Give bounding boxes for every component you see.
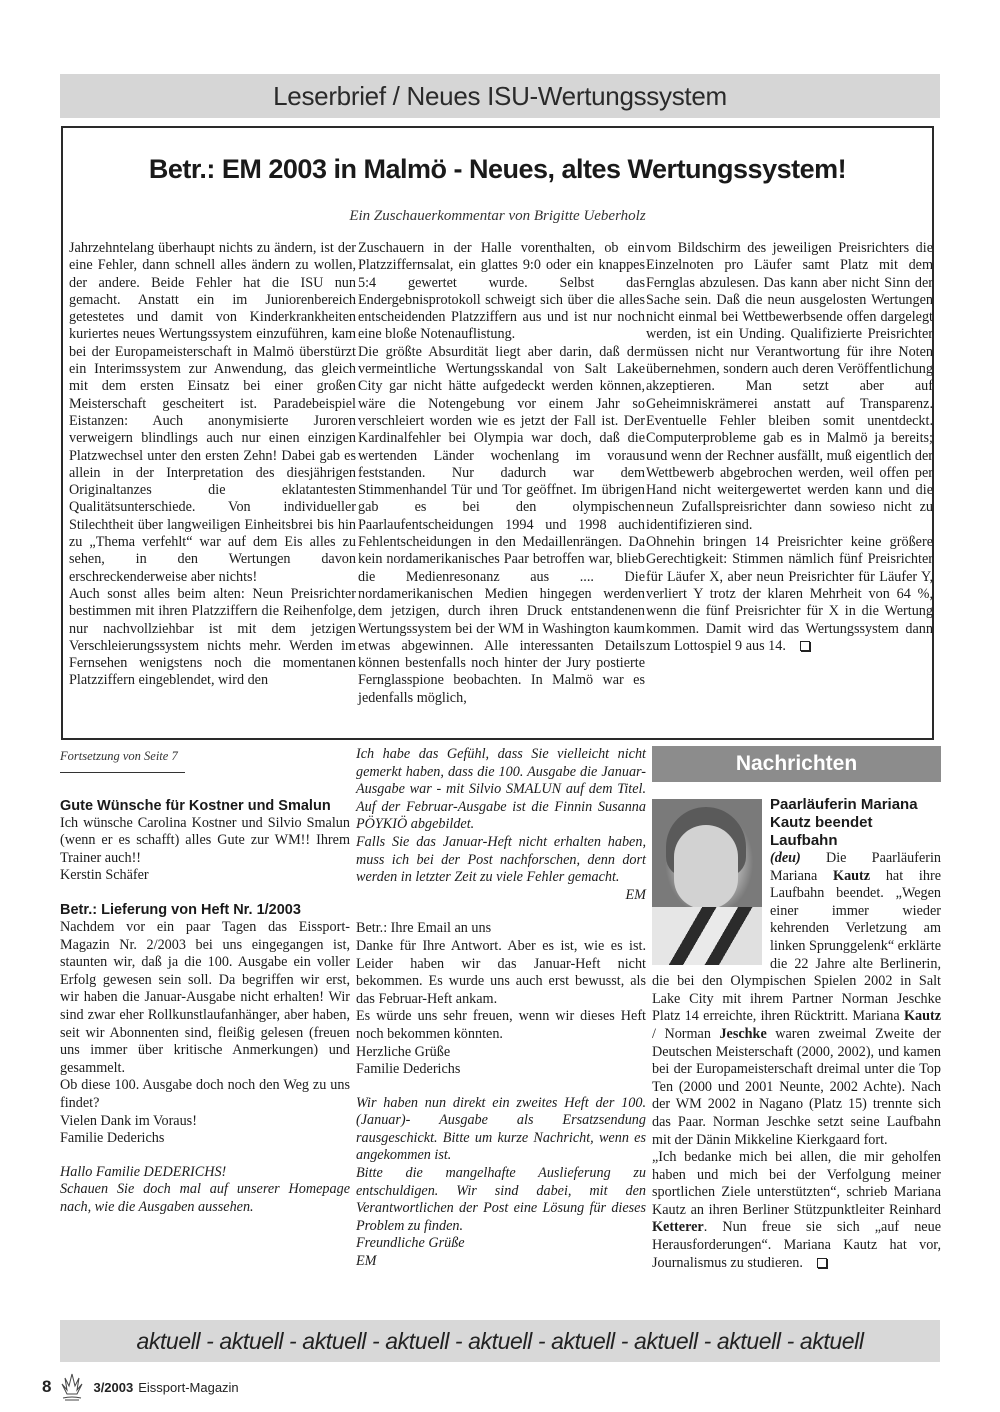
- letter-signature: Familie Dederichs: [60, 1130, 350, 1148]
- news-source: (deu): [770, 850, 801, 866]
- letter-body: Nachdem vor ein paar Tagen das Eissport-…: [60, 919, 350, 1077]
- letter-closing: Herzliche Grüße: [356, 1044, 646, 1062]
- article-paragraph: Auch sonst alles beim alten: Neun Preisr…: [69, 586, 356, 690]
- letter-heading: Gute Wünsche für Kostner und Smalun: [60, 797, 350, 815]
- page-footer: 8 3/2003 Eissport-Magazin: [42, 1372, 239, 1402]
- page-number: 8: [42, 1377, 51, 1397]
- letter-body: Es würde uns sehr freuen, wenn wir diese…: [356, 1008, 646, 1043]
- article-frame: Betr.: EM 2003 in Malmö - Neues, altes W…: [61, 126, 934, 740]
- letters-column-2: Ich habe das Gefühl, dass Sie vielleicht…: [356, 746, 646, 1271]
- letter-signature: Familie Dederichs: [356, 1061, 646, 1079]
- reply-greeting: Hallo Familie DEDERICHS!: [60, 1164, 350, 1182]
- news-column: Nachrichten Paarläuferin Mariana Kautz b…: [652, 746, 941, 1272]
- photo-face: [674, 825, 738, 909]
- letter-kostner-smalun: Gute Wünsche für Kostner und Smalun Ich …: [60, 797, 350, 885]
- article-column-3: vom Bildschirm des jeweiligen Preisricht…: [646, 240, 933, 655]
- article-column-2: Zuschauern in der Halle vorenthalten, ob…: [358, 240, 645, 707]
- reply-signature: EM: [356, 887, 646, 905]
- article-paragraph: Zuschauern in der Halle vorenthalten, ob…: [358, 240, 645, 344]
- reply-body: Ich habe das Gefühl, dass Sie vielleicht…: [356, 746, 646, 834]
- end-of-article-icon: [800, 641, 810, 651]
- article-paragraph: Die größte Absurdität liegt aber darin, …: [358, 344, 645, 707]
- continuation-note: Fortsetzung von Seite 7: [60, 748, 350, 772]
- section-banner: Leserbrief / Neues ISU-Wertungssystem: [60, 74, 940, 118]
- news-bold-name: Ketterer: [652, 1219, 704, 1235]
- article-byline: Ein Zuschauerkommentar von Brigitte Uebe…: [63, 208, 932, 225]
- letters-column-1: Fortsetzung von Seite 7 Gute Wünsche für…: [60, 748, 350, 1216]
- article-paragraph: vom Bildschirm des jeweiligen Preisricht…: [646, 240, 933, 534]
- article-title: Betr.: EM 2003 in Malmö - Neues, altes W…: [63, 154, 932, 185]
- end-of-article-icon: [817, 1258, 827, 1268]
- news-bold-name: Kautz: [833, 868, 870, 884]
- letter-body: Danke für Ihre Antwort. Aber es ist, wie…: [356, 938, 646, 1008]
- letter-heading: Betr.: Lieferung von Heft Nr. 1/2003: [60, 901, 350, 919]
- news-text: waren zweimal Zweite der Deutschen Meist…: [652, 1026, 941, 1148]
- letter-ihre-email: Betr.: Ihre Email an uns Danke für Ihre …: [356, 920, 646, 1078]
- reply-body: Falls Sie das Januar-Heft nicht erhalten…: [356, 834, 646, 887]
- letter-body: Ob diese 100. Ausgabe doch noch den Weg …: [60, 1077, 350, 1112]
- reply-signature: EM: [356, 1253, 646, 1271]
- news-text: / Norman: [652, 1026, 719, 1042]
- news-banner: Nachrichten: [652, 746, 941, 782]
- letter-heft-lieferung: Betr.: Lieferung von Heft Nr. 1/2003 Nac…: [60, 901, 350, 1148]
- editor-reply-2: Wir haben nun direkt ein zweites Heft de…: [356, 1095, 646, 1271]
- skater-logo-icon: [59, 1372, 85, 1402]
- reply-body: Wir haben nun direkt ein zweites Heft de…: [356, 1095, 646, 1165]
- photo-collar: [652, 907, 762, 965]
- news-bold-name: Kautz: [904, 1008, 941, 1024]
- divider: [60, 772, 185, 773]
- letter-closing: Vielen Dank im Voraus!: [60, 1113, 350, 1131]
- magazine-name: Eissport-Magazin: [138, 1380, 238, 1395]
- issue-number: 3/2003: [93, 1380, 133, 1395]
- article-paragraph-text: Ohnehin bringen 14 Preisrichter keine gr…: [646, 534, 933, 654]
- letter-body: Ich wünsche Carolina Kostner und Silvio …: [60, 815, 350, 868]
- letter-subject: Betr.: Ihre Email an uns: [356, 920, 646, 938]
- news-bold-name: Jeschke: [719, 1026, 766, 1042]
- editor-reply-1-continued: Ich habe das Gefühl, dass Sie vielleicht…: [356, 746, 646, 904]
- reply-body: Bitte die mangelhafte Auslieferung zu en…: [356, 1165, 646, 1235]
- reply-closing: Freundliche Grüße: [356, 1235, 646, 1253]
- aktuell-bar: aktuell - aktuell - aktuell - aktuell - …: [60, 1320, 940, 1362]
- article-column-1: Jahrzehntelang überhaupt nichts zu änder…: [69, 240, 356, 690]
- article-paragraph: Jahrzehntelang überhaupt nichts zu änder…: [69, 240, 356, 586]
- letter-signature: Kerstin Schäfer: [60, 867, 350, 885]
- athlete-photo: [652, 799, 762, 965]
- news-body: „Ich bedanke mich bei allen, die mir geh…: [652, 1149, 941, 1272]
- editor-reply-1: Hallo Familie DEDERICHS! Schauen Sie doc…: [60, 1164, 350, 1217]
- news-text: „Ich bedanke mich bei allen, die mir geh…: [652, 1149, 941, 1218]
- reply-body: Schauen Sie doch mal auf unserer Homepag…: [60, 1181, 350, 1216]
- article-paragraph: Ohnehin bringen 14 Preisrichter keine gr…: [646, 534, 933, 655]
